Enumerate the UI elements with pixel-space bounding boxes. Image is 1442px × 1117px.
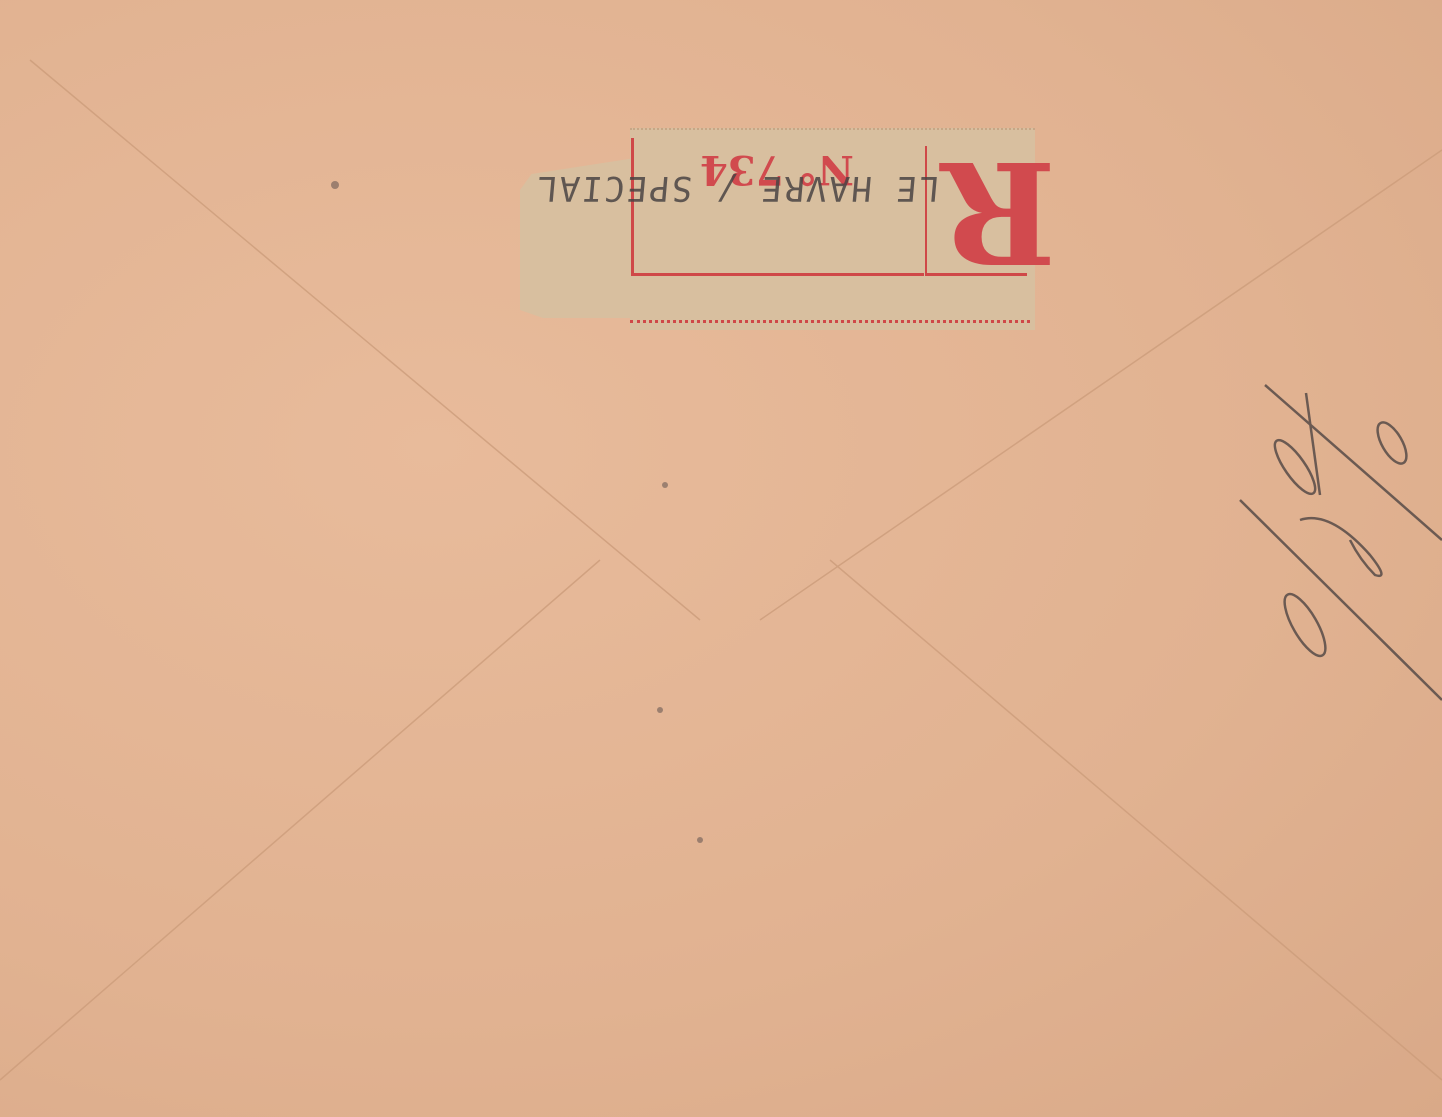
registration-letter: R: [940, 156, 1056, 266]
signature: [1240, 385, 1442, 700]
postmark-text: LE HAVRE / SPECIAL: [533, 168, 941, 208]
registration-label: R N° 734 LE HAVRE / SPECIAL: [520, 128, 1035, 328]
